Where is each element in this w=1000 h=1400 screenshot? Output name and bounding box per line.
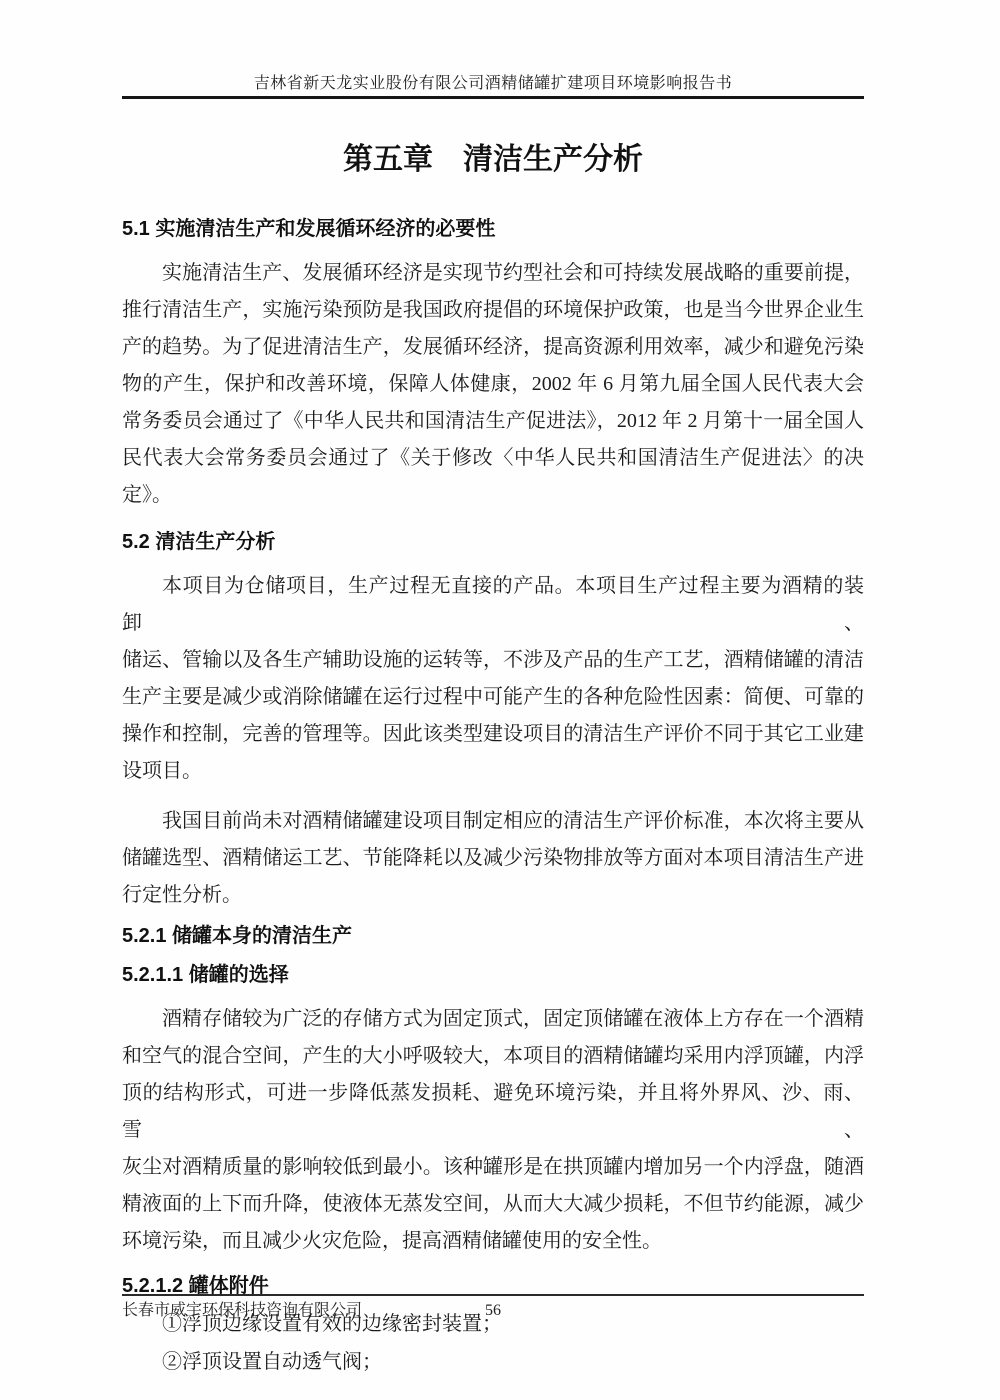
page-footer: 长春市威宇环保科技咨询有限公司 56 bbox=[122, 1294, 864, 1321]
footer-company-name: 长春市威宇环保科技咨询有限公司 bbox=[122, 1301, 362, 1321]
paragraph-line: 行定性分析。 bbox=[122, 877, 864, 914]
paragraph-line: 民代表大会常务委员会通过了《关于修改〈中华人民共和国清洁生产促进法〉的决定》。 bbox=[122, 440, 864, 514]
chapter-title: 第五章 清洁生产分析 bbox=[122, 141, 864, 179]
paragraph: 酒精存储较为广泛的存储方式为固定顶式，固定顶储罐在液体上方存在一个酒精和空气的混… bbox=[122, 1001, 864, 1260]
content-column: 吉林省新天龙实业股份有限公司酒精储罐扩建项目环境影响报告书 第五章 清洁生产分析… bbox=[122, 0, 864, 1375]
paragraph-line: 顶的结构形式，可进一步降低蒸发损耗、避免环境污染，并且将外界风、沙、雨、雪、 bbox=[122, 1075, 864, 1149]
section-heading: 5.2.1.1 储罐的选择 bbox=[122, 962, 864, 988]
section-heading: 5.2 清洁生产分析 bbox=[122, 529, 864, 555]
paragraph: 实施清洁生产、发展循环经济是实现节约型社会和可持续发展战略的重要前提，推行清洁生… bbox=[122, 255, 864, 514]
paragraph-line: 酒精存储较为广泛的存储方式为固定顶式，固定顶储罐在液体上方存在一个酒精 bbox=[122, 1001, 864, 1038]
paragraph-line: 设项目。 bbox=[122, 753, 864, 790]
paragraph-line: 精液面的上下而升降，使液体无蒸发空间，从而大大减少损耗，不但节约能源，减少 bbox=[122, 1186, 864, 1223]
paragraph-line: 物的产生，保护和改善环境，保障人体健康，2002 年 6 月第九届全国人民代表大… bbox=[122, 366, 864, 403]
document-body: 5.1 实施清洁生产和发展循环经济的必要性实施清洁生产、发展循环经济是实现节约型… bbox=[122, 216, 864, 1375]
paragraph-line: 推行清洁生产，实施污染预防是我国政府提倡的环境保护政策，也是当今世界企业生 bbox=[122, 292, 864, 329]
paragraph-line: 我国目前尚未对酒精储罐建设项目制定相应的清洁生产评价标准，本次将主要从 bbox=[122, 803, 864, 840]
paragraph-line: 本项目为仓储项目，生产过程无直接的产品。本项目生产过程主要为酒精的装卸、 bbox=[122, 568, 864, 642]
section-heading: 5.1 实施清洁生产和发展循环经济的必要性 bbox=[122, 216, 864, 242]
paragraph: 本项目为仓储项目，生产过程无直接的产品。本项目生产过程主要为酒精的装卸、储运、管… bbox=[122, 568, 864, 790]
paragraph-line: 生产主要是减少或消除储罐在运行过程中可能产生的各种危险性因素：简便、可靠的 bbox=[122, 679, 864, 716]
section-heading: 5.2.1 储罐本身的清洁生产 bbox=[122, 923, 864, 949]
paragraph-line: 储罐选型、酒精储运工艺、节能降耗以及减少污染物排放等方面对本项目清洁生产进 bbox=[122, 840, 864, 877]
paragraph-line: 环境污染，而且减少火灾危险，提高酒精储罐使用的安全性。 bbox=[122, 1223, 864, 1260]
page-number: 56 bbox=[485, 1302, 501, 1319]
paragraph-line: 常务委员会通过了《中华人民共和国清洁生产促进法》，2012 年 2 月第十一届全… bbox=[122, 403, 864, 440]
paragraph-line: 产的趋势。为了促进清洁生产，发展循环经济，提高资源利用效率，减少和避免污染 bbox=[122, 329, 864, 366]
list-item: ②浮顶设置自动透气阀； bbox=[122, 1349, 864, 1375]
running-header-title: 吉林省新天龙实业股份有限公司酒精储罐扩建项目环境影响报告书 bbox=[122, 74, 864, 93]
paragraph-line: 和空气的混合空间，产生的大小呼吸较大，本项目的酒精储罐均采用内浮顶罐，内浮 bbox=[122, 1038, 864, 1075]
page-header: 吉林省新天龙实业股份有限公司酒精储罐扩建项目环境影响报告书 bbox=[122, 0, 864, 99]
footer-inner: 长春市威宇环保科技咨询有限公司 56 bbox=[122, 1301, 864, 1321]
paragraph-line: 储运、管输以及各生产辅助设施的运转等，不涉及产品的生产工艺，酒精储罐的清洁 bbox=[122, 642, 864, 679]
paragraph-line: 实施清洁生产、发展循环经济是实现节约型社会和可持续发展战略的重要前提， bbox=[122, 255, 864, 292]
paragraph-line: 灰尘对酒精质量的影响较低到最小。该种罐形是在拱顶罐内增加另一个内浮盘，随酒 bbox=[122, 1149, 864, 1186]
document-page: 吉林省新天龙实业股份有限公司酒精储罐扩建项目环境影响报告书 第五章 清洁生产分析… bbox=[0, 0, 1000, 1400]
paragraph-line: 操作和控制，完善的管理等。因此该类型建设项目的清洁生产评价不同于其它工业建 bbox=[122, 716, 864, 753]
paragraph: 我国目前尚未对酒精储罐建设项目制定相应的清洁生产评价标准，本次将主要从储罐选型、… bbox=[122, 803, 864, 914]
